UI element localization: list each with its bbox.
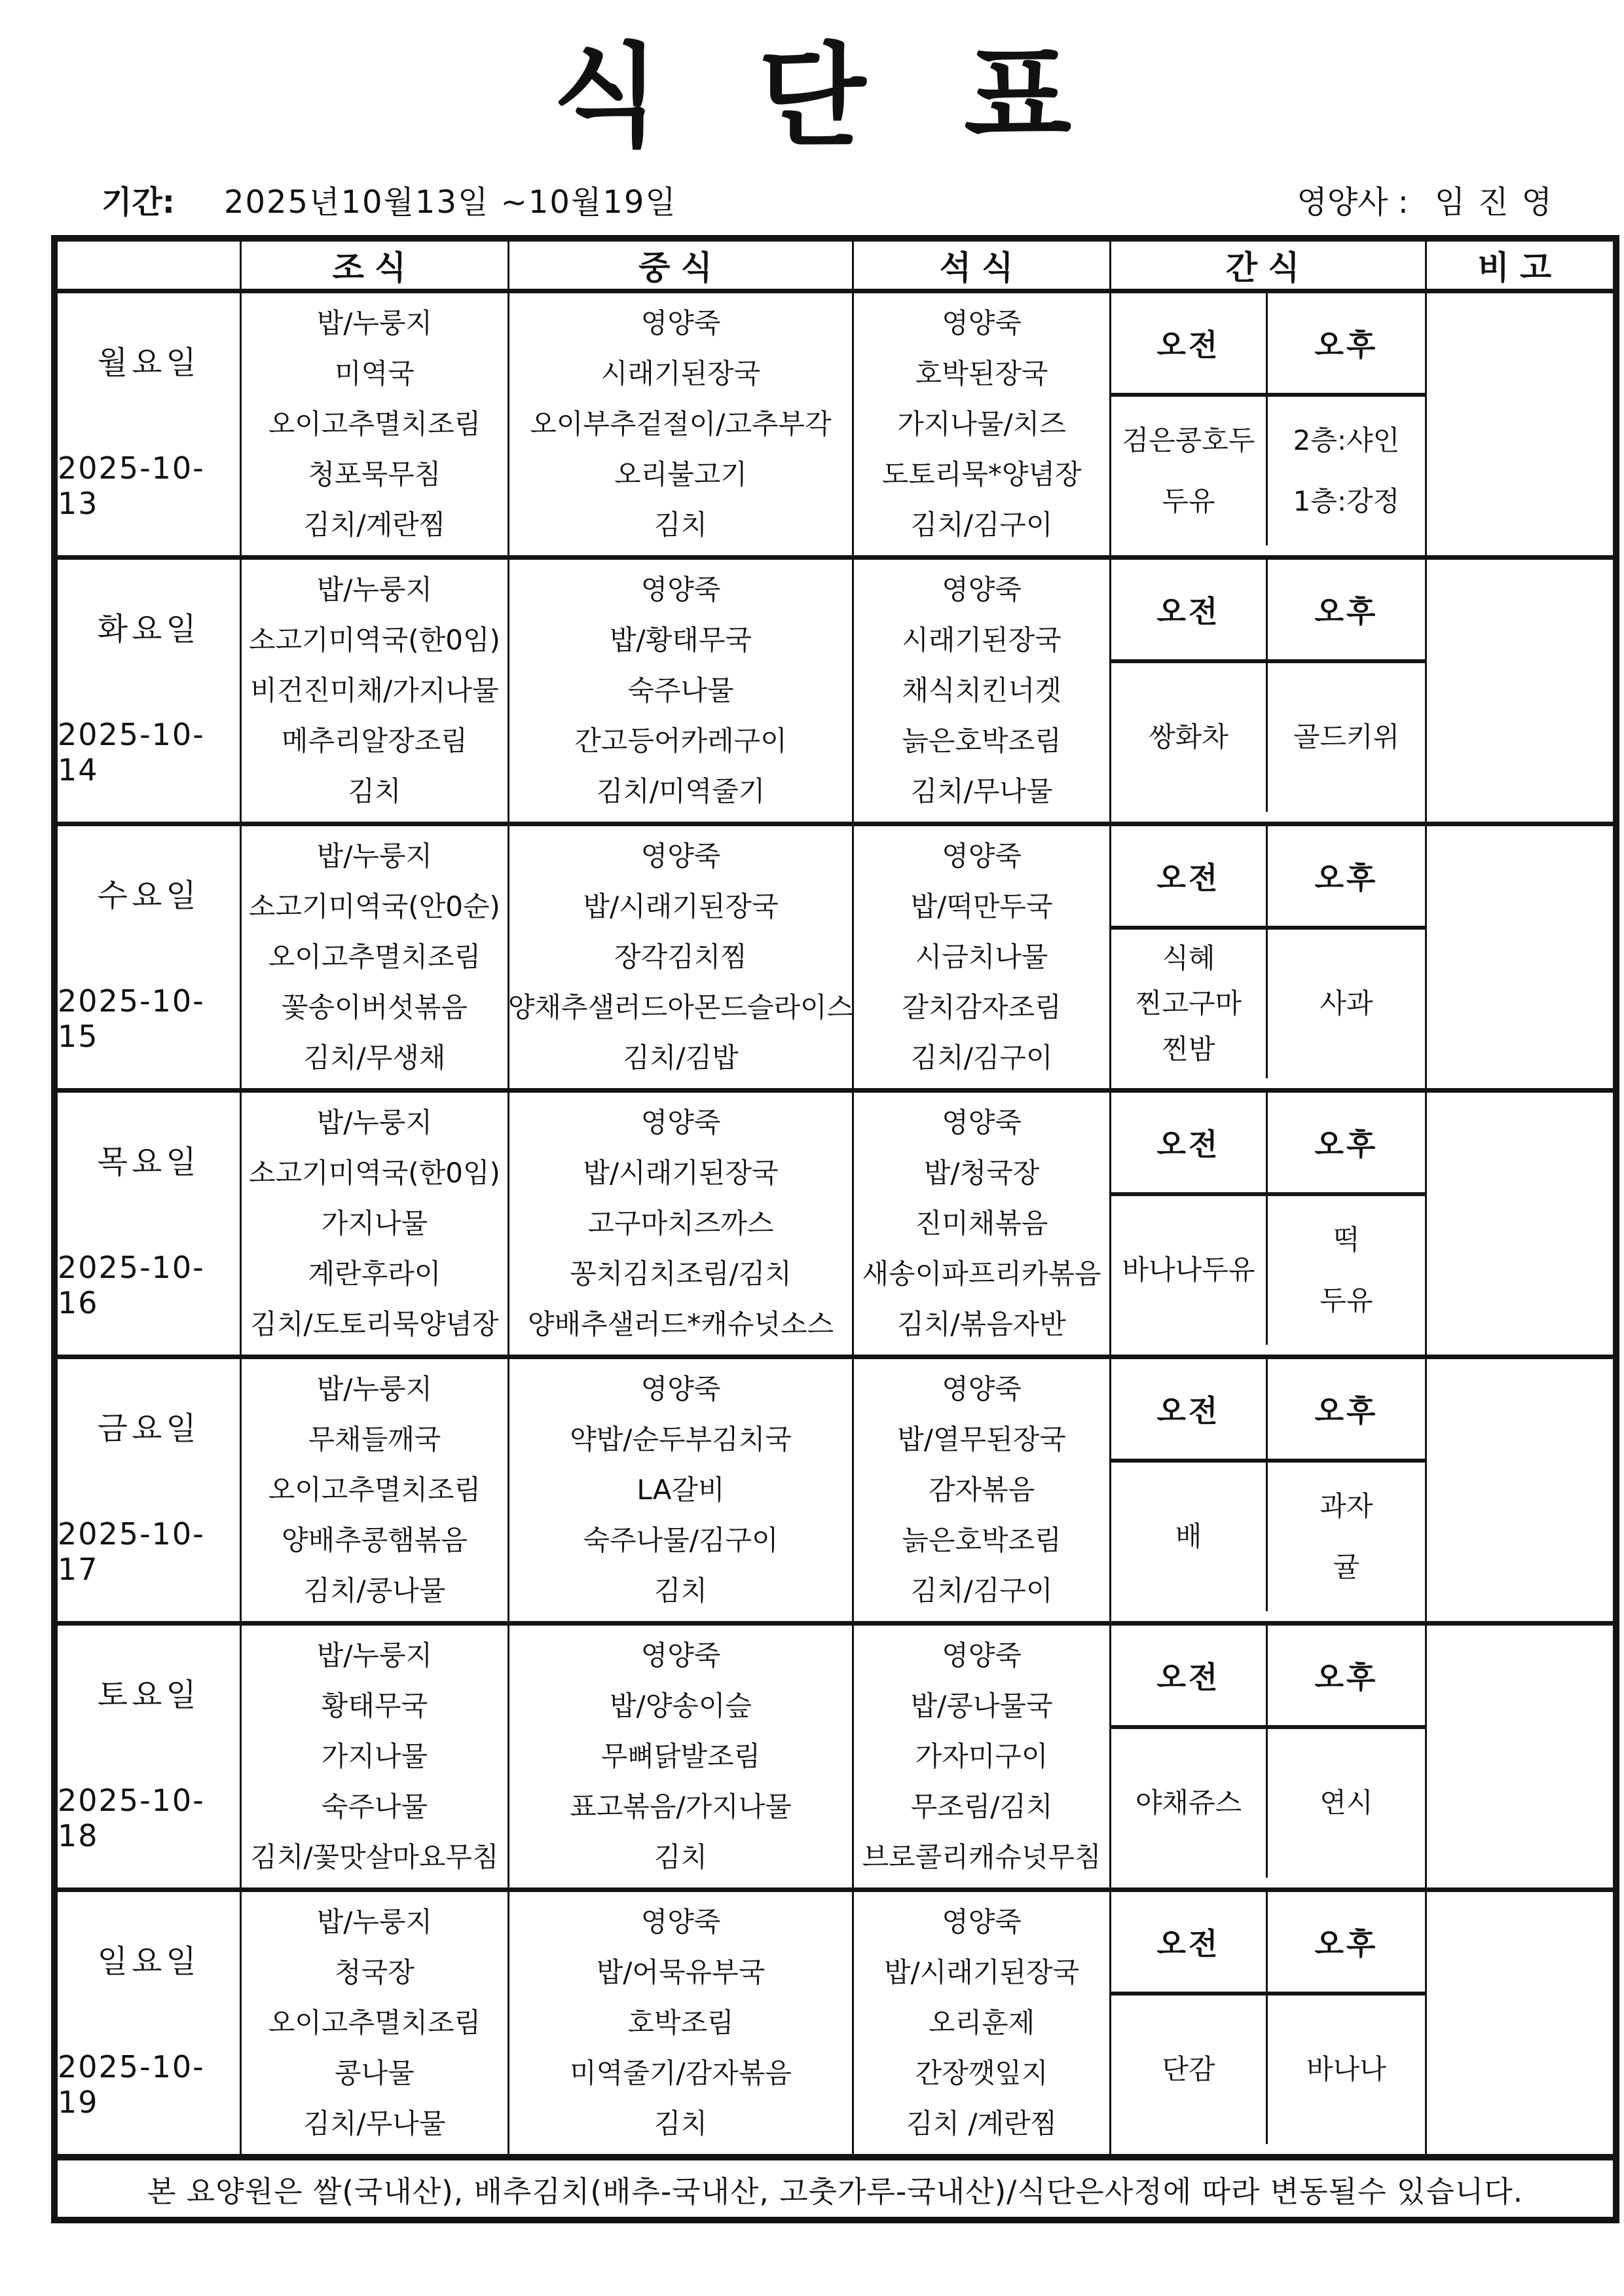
menu-item: 장각김치찜 bbox=[614, 941, 747, 974]
lunch-items: 영양죽밥/황태무국숙주나물간고등어카레구이김치/미역줄기 bbox=[509, 565, 853, 817]
menu-item: 쌍화차 bbox=[1149, 721, 1228, 754]
snack-cell: 오전 오후 바나나두유 떡두유 bbox=[1110, 1091, 1426, 1357]
note-cell bbox=[1426, 824, 1616, 1091]
menu-item: 간장깻잎지 bbox=[915, 2057, 1048, 2090]
menu-item: 찐밤 bbox=[1162, 1033, 1215, 1066]
day-cell-inner: 화요일 2025-10-14 bbox=[58, 560, 240, 822]
day-date: 2025-10-14 bbox=[58, 717, 240, 788]
menu-item: 무뼈닭발조림 bbox=[601, 1740, 760, 1773]
menu-item: 김치/콩나물 bbox=[303, 1575, 445, 1607]
lunch-cell: 영양죽밥/황태무국숙주나물간고등어카레구이김치/미역줄기 bbox=[508, 558, 853, 824]
menu-item: 김치/무나물 bbox=[911, 775, 1053, 808]
day-cell: 월요일 2025-10-13 bbox=[54, 291, 241, 558]
menu-item: 늙은호박조림 bbox=[902, 725, 1061, 757]
table-row: 월요일 2025-10-13 밥/누룽지미역국오이고추멸치조림청포묵무침김치/계… bbox=[54, 291, 1616, 558]
snack-grid: 오전 오후 단감 바나나 bbox=[1111, 1892, 1425, 2144]
dinner-items: 영양죽시래기된장국채식치킨너겟늙은호박조림김치/무나물 bbox=[854, 565, 1109, 817]
breakfast-items: 밥/누룽지무채들깨국오이고추멸치조림양배추콩햄볶음김치/콩나물 bbox=[242, 1364, 507, 1616]
meal-table: 조식 중식 석식 간식 비고 월요일 2025-10-13 밥/누룽지미역국오이… bbox=[51, 235, 1619, 2223]
menu-item: 골드키위 bbox=[1293, 721, 1399, 754]
menu-item: 영양죽 bbox=[641, 1639, 721, 1672]
day-cell-inner: 월요일 2025-10-13 bbox=[58, 293, 240, 555]
note-cell bbox=[1426, 1890, 1616, 2158]
dinner-items: 영양죽밥/열무된장국감자볶음늙은호박조림김치/김구이 bbox=[854, 1364, 1109, 1616]
dinner-cell: 영양죽밥/청국장진미채볶음새송이파프리카볶음김치/볶음자반 bbox=[853, 1091, 1110, 1357]
snack-pm-header: 오후 bbox=[1268, 1626, 1425, 1729]
note-cell bbox=[1426, 291, 1616, 558]
breakfast-cell: 밥/누룽지소고기미역국(안0순)오이고추멸치조림꽃송이버섯볶음김치/무생채 bbox=[241, 824, 508, 1091]
menu-item: 밥/누룽지 bbox=[317, 840, 432, 873]
day-cell: 목요일 2025-10-16 bbox=[54, 1091, 241, 1357]
menu-item: 두유 bbox=[1319, 1285, 1373, 1317]
lunch-cell: 영양죽밥/어묵유부국호박조림미역줄기/감자볶음김치 bbox=[508, 1890, 853, 2158]
snack-pm-items: 바나나 bbox=[1268, 1995, 1425, 2144]
period-value: 2025년10월13일 ~10월19일 bbox=[224, 177, 677, 222]
menu-item: 소고기미역국(한0임) bbox=[249, 624, 500, 657]
menu-item: 늙은호박조림 bbox=[902, 1524, 1061, 1557]
lunch-items: 영양죽시래기된장국오이부추겉절이/고추부각오리불고기김치 bbox=[509, 299, 853, 551]
breakfast-items: 밥/누룽지소고기미역국(한0임)비건진미채/가지나물메추리알장조림김치 bbox=[242, 565, 507, 817]
menu-item: 김치 bbox=[348, 775, 401, 808]
snack-cell: 오전 오후 검은콩호두두유 2층:샤인1층:강정 bbox=[1110, 291, 1426, 558]
menu-item: 밥/황태무국 bbox=[610, 624, 752, 657]
day-cell-inner: 토요일 2025-10-18 bbox=[58, 1626, 240, 1887]
breakfast-items: 밥/누룽지미역국오이고추멸치조림청포묵무침김치/계란찜 bbox=[242, 299, 507, 551]
menu-item: 밥/시래기된장국 bbox=[583, 890, 778, 923]
nutritionist-name: 임진영 bbox=[1435, 177, 1565, 222]
breakfast-items: 밥/누룽지황태무국가지나물숙주나물김치/꽃맛살마요무침 bbox=[242, 1631, 507, 1883]
snack-grid: 오전 오후 야채쥬스 연시 bbox=[1111, 1626, 1425, 1878]
snack-am-items: 바나나두유 bbox=[1111, 1196, 1268, 1345]
menu-item: 바나나 bbox=[1306, 2053, 1386, 2086]
snack-pm-items: 떡두유 bbox=[1268, 1196, 1425, 1345]
menu-item: 영양죽 bbox=[641, 1373, 721, 1406]
menu-item: 사과 bbox=[1319, 987, 1373, 1020]
dinner-items: 영양죽밥/콩나물국가자미구이무조림/김치브로콜리캐슈넛무침 bbox=[854, 1631, 1109, 1883]
menu-item: 검은콩호두 bbox=[1122, 424, 1255, 457]
snack-grid: 오전 오후 배 과자귤 bbox=[1111, 1359, 1425, 1611]
snack-pm-items: 과자귤 bbox=[1268, 1463, 1425, 1611]
menu-item: 숙주나물 bbox=[322, 1791, 428, 1823]
menu-item: 김치/김구이 bbox=[911, 509, 1053, 541]
menu-item: 두유 bbox=[1162, 485, 1215, 518]
menu-item: 영양죽 bbox=[641, 840, 721, 873]
lunch-cell: 영양죽밥/시래기된장국고구마치즈까스꽁치김치조림/김치양배추샐러드*캐슈넛소스 bbox=[508, 1091, 853, 1357]
day-date: 2025-10-16 bbox=[58, 1250, 240, 1321]
dinner-cell: 영양죽밥/시래기된장국오리훈제간장깻잎지김치 /계란찜 bbox=[853, 1890, 1110, 2158]
menu-item: 김치 bbox=[654, 1575, 707, 1607]
lunch-items: 영양죽밥/양송이슾무뼈닭발조림표고볶음/가지나물김치 bbox=[509, 1631, 853, 1883]
menu-item: 영양죽 bbox=[942, 1373, 1022, 1406]
menu-item: 2층:샤인 bbox=[1293, 424, 1400, 457]
day-cell: 수요일 2025-10-15 bbox=[54, 824, 241, 1091]
table-row: 일요일 2025-10-19 밥/누룽지청국장오이고추멸치조림콩나물김치/무나물… bbox=[54, 1890, 1616, 2158]
menu-item: 밥/시래기된장국 bbox=[583, 1157, 778, 1190]
snack-cell: 오전 오후 야채쥬스 연시 bbox=[1110, 1624, 1426, 1890]
menu-item: 밥/누룽지 bbox=[317, 574, 432, 606]
menu-item: 영양죽 bbox=[641, 307, 721, 340]
day-cell: 일요일 2025-10-19 bbox=[54, 1890, 241, 2158]
menu-item: 김치/도토리묵양념장 bbox=[250, 1308, 498, 1341]
menu-item: 김치 bbox=[654, 1841, 707, 1874]
menu-item: 가지나물 bbox=[322, 1207, 428, 1240]
menu-item: 메추리알장조림 bbox=[282, 725, 468, 757]
snack-am-header: 오전 bbox=[1111, 826, 1268, 930]
day-cell-inner: 일요일 2025-10-19 bbox=[58, 1892, 240, 2154]
footer-row: 본 요양원은 쌀(국내산), 배추김치(배추-국내산, 고춧가루-국내산)/식단… bbox=[54, 2157, 1616, 2220]
snack-grid: 오전 오후 검은콩호두두유 2층:샤인1층:강정 bbox=[1111, 293, 1425, 545]
day-cell: 토요일 2025-10-18 bbox=[54, 1624, 241, 1890]
menu-item: 밥/누룽지 bbox=[317, 1639, 432, 1672]
snack-cell: 오전 오후 배 과자귤 bbox=[1110, 1357, 1426, 1624]
note-cell bbox=[1426, 558, 1616, 824]
dinner-column-header: 석식 bbox=[853, 238, 1110, 291]
menu-item: 영양죽 bbox=[641, 1906, 721, 1939]
nutritionist: 영양사 : 임진영 bbox=[1297, 177, 1565, 222]
day-date: 2025-10-19 bbox=[58, 2049, 240, 2120]
menu-item: 청포묵무침 bbox=[308, 458, 441, 491]
period-label: 기간: bbox=[101, 177, 175, 222]
breakfast-cell: 밥/누룽지소고기미역국(한0임)가지나물계란후라이김치/도토리묵양념장 bbox=[241, 1091, 508, 1357]
menu-item: 영양죽 bbox=[942, 307, 1022, 340]
menu-item: 김치/김구이 bbox=[911, 1042, 1053, 1074]
breakfast-column-header: 조식 bbox=[241, 238, 508, 291]
day-name: 목요일 bbox=[98, 1137, 200, 1182]
menu-item: 영양죽 bbox=[641, 1106, 721, 1139]
meta-row: 기간: 2025년10월13일 ~10월19일 영양사 : 임진영 bbox=[101, 177, 1565, 222]
table-row: 수요일 2025-10-15 밥/누룽지소고기미역국(안0순)오이고추멸치조림꽃… bbox=[54, 824, 1616, 1091]
menu-item: 오이부추겉절이/고추부각 bbox=[530, 408, 831, 441]
menu-item: 비건진미채/가지나물 bbox=[250, 674, 498, 707]
menu-item: 오이고추멸치조림 bbox=[268, 941, 481, 974]
menu-item: 시래기된장국 bbox=[601, 357, 760, 390]
note-column-header: 비고 bbox=[1426, 238, 1616, 291]
dinner-cell: 영양죽호박된장국가지나물/치즈도토리묵*양념장김치/김구이 bbox=[853, 291, 1110, 558]
menu-item: 새송이파프리카볶음 bbox=[862, 1258, 1101, 1290]
snack-am-header: 오전 bbox=[1111, 560, 1268, 663]
menu-item: 콩나물 bbox=[335, 2057, 415, 2090]
day-cell: 화요일 2025-10-14 bbox=[54, 558, 241, 824]
menu-item: 가자미구이 bbox=[915, 1740, 1048, 1773]
dinner-items: 영양죽호박된장국가지나물/치즈도토리묵*양념장김치/김구이 bbox=[854, 299, 1109, 551]
snack-am-header: 오전 bbox=[1111, 1359, 1268, 1463]
menu-item: 청국장 bbox=[335, 1956, 415, 1989]
menu-item: 진미채볶음 bbox=[915, 1207, 1048, 1240]
day-name: 화요일 bbox=[98, 604, 200, 649]
dinner-items: 영양죽밥/시래기된장국오리훈제간장깻잎지김치 /계란찜 bbox=[854, 1897, 1109, 2149]
table-row: 화요일 2025-10-14 밥/누룽지소고기미역국(한0임)비건진미채/가지나… bbox=[54, 558, 1616, 824]
menu-item: 밥/어묵유부국 bbox=[597, 1956, 766, 1989]
nutritionist-label: 영양사 : bbox=[1297, 177, 1409, 222]
menu-item: 식혜 bbox=[1162, 942, 1215, 975]
snack-am-items: 검은콩호두두유 bbox=[1111, 397, 1268, 545]
table-row: 목요일 2025-10-16 밥/누룽지소고기미역국(한0임)가지나물계란후라이… bbox=[54, 1091, 1616, 1357]
breakfast-items: 밥/누룽지소고기미역국(한0임)가지나물계란후라이김치/도토리묵양념장 bbox=[242, 1098, 507, 1350]
menu-item: 밥/누룽지 bbox=[317, 1106, 432, 1139]
menu-item: 김치/볶음자반 bbox=[897, 1308, 1066, 1341]
snack-pm-header: 오후 bbox=[1268, 826, 1425, 930]
lunch-column-header: 중식 bbox=[508, 238, 853, 291]
menu-item: 바나나두유 bbox=[1122, 1254, 1255, 1286]
snack-cell: 오전 오후 단감 바나나 bbox=[1110, 1890, 1426, 2158]
dinner-items: 영양죽밥/청국장진미채볶음새송이파프리카볶음김치/볶음자반 bbox=[854, 1098, 1109, 1350]
menu-item: 떡 bbox=[1333, 1224, 1360, 1256]
menu-item: 김치/무나물 bbox=[303, 2107, 445, 2140]
menu-item: 호박조림 bbox=[627, 2007, 733, 2039]
menu-item: 숙주나물/김구이 bbox=[583, 1524, 778, 1557]
menu-item: 오이고추멸치조림 bbox=[268, 1474, 481, 1506]
menu-item: 고구마치즈까스 bbox=[587, 1207, 773, 1240]
menu-item: 오리훈제 bbox=[929, 2007, 1035, 2039]
menu-item: 미역국 bbox=[335, 357, 415, 390]
day-name: 월요일 bbox=[98, 337, 200, 382]
snack-am-items: 쌍화차 bbox=[1111, 663, 1268, 812]
snack-pm-header: 오후 bbox=[1268, 1093, 1425, 1196]
snack-cell: 오전 오후 쌍화차 골드키위 bbox=[1110, 558, 1426, 824]
menu-item: 밥/누룽지 bbox=[317, 1373, 432, 1406]
snack-am-header: 오전 bbox=[1111, 1626, 1268, 1729]
breakfast-items: 밥/누룽지청국장오이고추멸치조림콩나물김치/무나물 bbox=[242, 1897, 507, 2149]
menu-item: 간고등어카레구이 bbox=[574, 725, 787, 757]
snack-grid: 오전 오후 바나나두유 떡두유 bbox=[1111, 1093, 1425, 1345]
menu-item: 꽁치김치조림/김치 bbox=[570, 1258, 792, 1290]
menu-item: 미역줄기/감자볶음 bbox=[570, 2057, 792, 2090]
dinner-cell: 영양죽밥/콩나물국가자미구이무조림/김치브로콜리캐슈넛무침 bbox=[853, 1624, 1110, 1890]
day-name: 토요일 bbox=[98, 1669, 200, 1715]
snack-am-items: 배 bbox=[1111, 1463, 1268, 1611]
day-name: 수요일 bbox=[98, 870, 200, 915]
menu-item: 밥/청국장 bbox=[924, 1157, 1039, 1190]
meal-plan-scan: { "title": "식단표", "period_label": "기간:",… bbox=[0, 0, 1624, 2296]
menu-item: 김치/꽃맛살마요무침 bbox=[250, 1841, 498, 1874]
lunch-cell: 영양죽약밥/순두부김치국LA갈비숙주나물/김구이김치 bbox=[508, 1357, 853, 1624]
menu-item: 밥/떡만두국 bbox=[911, 890, 1053, 923]
snack-column-header: 간식 bbox=[1110, 238, 1426, 291]
table-header: 조식 중식 석식 간식 비고 bbox=[54, 238, 1616, 291]
menu-item: 1층:강정 bbox=[1293, 485, 1400, 518]
day-cell: 금요일 2025-10-17 bbox=[54, 1357, 241, 1624]
menu-item: 황태무국 bbox=[322, 1690, 428, 1722]
menu-item: 귤 bbox=[1333, 1551, 1360, 1584]
menu-item: 꽃송이버섯볶음 bbox=[282, 991, 468, 1024]
menu-item: 가지나물 bbox=[322, 1740, 428, 1773]
breakfast-cell: 밥/누룽지무채들깨국오이고추멸치조림양배추콩햄볶음김치/콩나물 bbox=[241, 1357, 508, 1624]
menu-item: 영양죽 bbox=[942, 574, 1022, 606]
snack-pm-items: 연시 bbox=[1268, 1729, 1425, 1878]
note-cell bbox=[1426, 1357, 1616, 1624]
header-row: 조식 중식 석식 간식 비고 bbox=[54, 238, 1616, 291]
menu-item: 김치/무생채 bbox=[303, 1042, 445, 1074]
snack-cell: 오전 오후 식혜찐고구마찐밤 사과 bbox=[1110, 824, 1426, 1091]
snack-pm-header: 오후 bbox=[1268, 293, 1425, 397]
menu-item: 양채추샐러드아몬드슬라이스 bbox=[508, 991, 853, 1024]
snack-am-header: 오전 bbox=[1111, 293, 1268, 397]
menu-item: 가지나물/치즈 bbox=[897, 408, 1066, 441]
menu-item: 숙주나물 bbox=[627, 674, 733, 707]
menu-item: 야채쥬스 bbox=[1135, 1787, 1242, 1819]
menu-item: 양배추콩햄볶음 bbox=[282, 1524, 468, 1557]
snack-pm-items: 골드키위 bbox=[1268, 663, 1425, 812]
page-title: 식단표 bbox=[0, 0, 1624, 158]
menu-item: 단감 bbox=[1162, 2053, 1215, 2086]
breakfast-cell: 밥/누룽지미역국오이고추멸치조림청포묵무침김치/계란찜 bbox=[241, 291, 508, 558]
breakfast-cell: 밥/누룽지황태무국가지나물숙주나물김치/꽃맛살마요무침 bbox=[241, 1624, 508, 1890]
day-date: 2025-10-18 bbox=[58, 1783, 240, 1853]
menu-item: 밥/누룽지 bbox=[317, 307, 432, 340]
menu-item: 김치 bbox=[654, 509, 707, 541]
menu-item: 소고기미역국(한0임) bbox=[249, 1157, 500, 1190]
menu-item: 시금치나물 bbox=[915, 941, 1048, 974]
dinner-cell: 영양죽시래기된장국채식치킨너겟늙은호박조림김치/무나물 bbox=[853, 558, 1110, 824]
period: 기간: 2025년10월13일 ~10월19일 bbox=[101, 177, 677, 222]
lunch-items: 영양죽약밥/순두부김치국LA갈비숙주나물/김구이김치 bbox=[509, 1364, 853, 1616]
menu-item: 감자볶음 bbox=[929, 1474, 1035, 1506]
menu-item: 채식치킨너겟 bbox=[902, 674, 1061, 707]
table-row: 토요일 2025-10-18 밥/누룽지황태무국가지나물숙주나물김치/꽃맛살마요… bbox=[54, 1624, 1616, 1890]
footer-note: 본 요양원은 쌀(국내산), 배추김치(배추-국내산, 고춧가루-국내산)/식단… bbox=[54, 2157, 1616, 2220]
lunch-items: 영양죽밥/시래기된장국고구마치즈까스꽁치김치조림/김치양배추샐러드*캐슈넛소스 bbox=[509, 1098, 853, 1350]
menu-item: 찐고구마 bbox=[1135, 987, 1242, 1020]
menu-item: 김치/김구이 bbox=[911, 1575, 1053, 1607]
menu-item: LA갈비 bbox=[637, 1474, 724, 1506]
day-date: 2025-10-17 bbox=[58, 1516, 240, 1587]
menu-item: 갈치감자조림 bbox=[902, 991, 1061, 1024]
menu-item: 오리불고기 bbox=[614, 458, 747, 491]
lunch-items: 영양죽밥/시래기된장국장각김치찜양채추샐러드아몬드슬라이스김치/김밥 bbox=[509, 831, 853, 1084]
snack-grid: 오전 오후 쌍화차 골드키위 bbox=[1111, 560, 1425, 812]
menu-item: 무채들깨국 bbox=[308, 1423, 441, 1456]
menu-item: 밥/열무된장국 bbox=[897, 1423, 1066, 1456]
menu-item: 표고볶음/가지나물 bbox=[570, 1791, 792, 1823]
snack-am-header: 오전 bbox=[1111, 1093, 1268, 1196]
snack-am-items: 야채쥬스 bbox=[1111, 1729, 1268, 1878]
menu-item: 양배추샐러드*캐슈넛소스 bbox=[528, 1308, 834, 1341]
menu-item: 소고기미역국(안0순) bbox=[249, 890, 500, 923]
day-cell-inner: 수요일 2025-10-15 bbox=[58, 826, 240, 1088]
day-name: 일요일 bbox=[98, 1936, 200, 1981]
snack-grid: 오전 오후 식혜찐고구마찐밤 사과 bbox=[1111, 826, 1425, 1078]
snack-pm-header: 오후 bbox=[1268, 1359, 1425, 1463]
menu-item: 영양죽 bbox=[641, 574, 721, 606]
snack-pm-header: 오후 bbox=[1268, 1892, 1425, 1995]
menu-item: 연시 bbox=[1319, 1787, 1373, 1819]
day-cell-inner: 금요일 2025-10-17 bbox=[58, 1359, 240, 1621]
menu-item: 김치/계란찜 bbox=[303, 509, 445, 541]
table-body: 월요일 2025-10-13 밥/누룽지미역국오이고추멸치조림청포묵무침김치/계… bbox=[54, 291, 1616, 2158]
menu-item: 오이고추멸치조림 bbox=[268, 408, 481, 441]
day-name: 금요일 bbox=[98, 1403, 200, 1448]
snack-am-items: 단감 bbox=[1111, 1995, 1268, 2144]
dinner-cell: 영양죽밥/떡만두국시금치나물갈치감자조림김치/김구이 bbox=[853, 824, 1110, 1091]
menu-item: 시래기된장국 bbox=[902, 624, 1061, 657]
menu-item: 영양죽 bbox=[942, 1106, 1022, 1139]
lunch-cell: 영양죽시래기된장국오이부추겉절이/고추부각오리불고기김치 bbox=[508, 291, 853, 558]
day-date: 2025-10-13 bbox=[58, 450, 240, 521]
menu-item: 밥/양송이슾 bbox=[610, 1690, 752, 1722]
menu-item: 과자 bbox=[1319, 1490, 1373, 1523]
menu-item: 약밥/순두부김치국 bbox=[570, 1423, 792, 1456]
menu-item: 밥/시래기된장국 bbox=[884, 1956, 1079, 1989]
menu-item: 계란후라이 bbox=[308, 1258, 441, 1290]
note-cell bbox=[1426, 1624, 1616, 1890]
menu-item: 도토리묵*양념장 bbox=[882, 458, 1082, 491]
day-date: 2025-10-15 bbox=[58, 983, 240, 1054]
note-cell bbox=[1426, 1091, 1616, 1357]
menu-item: 김치 bbox=[654, 2107, 707, 2140]
table-footer: 본 요양원은 쌀(국내산), 배추김치(배추-국내산, 고춧가루-국내산)/식단… bbox=[54, 2157, 1616, 2220]
menu-item: 밥/콩나물국 bbox=[911, 1690, 1053, 1722]
day-cell-inner: 목요일 2025-10-16 bbox=[58, 1093, 240, 1355]
menu-item: 영양죽 bbox=[942, 1906, 1022, 1939]
dinner-items: 영양죽밥/떡만두국시금치나물갈치감자조림김치/김구이 bbox=[854, 831, 1109, 1084]
snack-pm-items: 2층:샤인1층:강정 bbox=[1268, 397, 1425, 545]
menu-item: 오이고추멸치조림 bbox=[268, 2007, 481, 2039]
snack-am-header: 오전 bbox=[1111, 1892, 1268, 1995]
menu-item: 김치 /계란찜 bbox=[906, 2107, 1057, 2140]
menu-item: 김치/김밥 bbox=[623, 1042, 738, 1074]
dinner-cell: 영양죽밥/열무된장국감자볶음늙은호박조림김치/김구이 bbox=[853, 1357, 1110, 1624]
snack-pm-header: 오후 bbox=[1268, 560, 1425, 663]
snack-pm-items: 사과 bbox=[1268, 930, 1425, 1078]
snack-am-items: 식혜찐고구마찐밤 bbox=[1111, 930, 1268, 1078]
breakfast-cell: 밥/누룽지소고기미역국(한0임)비건진미채/가지나물메추리알장조림김치 bbox=[241, 558, 508, 824]
lunch-cell: 영양죽밥/양송이슾무뼈닭발조림표고볶음/가지나물김치 bbox=[508, 1624, 853, 1890]
menu-item: 호박된장국 bbox=[915, 357, 1048, 390]
menu-item: 김치/미역줄기 bbox=[597, 775, 766, 808]
menu-item: 무조림/김치 bbox=[911, 1791, 1053, 1823]
menu-item: 밥/누룽지 bbox=[317, 1906, 432, 1939]
menu-item: 브로콜리캐슈넛무침 bbox=[862, 1841, 1101, 1874]
menu-item: 배 bbox=[1175, 1520, 1202, 1553]
table-row: 금요일 2025-10-17 밥/누룽지무채들깨국오이고추멸치조림양배추콩햄볶음… bbox=[54, 1357, 1616, 1624]
lunch-items: 영양죽밥/어묵유부국호박조림미역줄기/감자볶음김치 bbox=[509, 1897, 853, 2149]
menu-item: 영양죽 bbox=[942, 840, 1022, 873]
lunch-cell: 영양죽밥/시래기된장국장각김치찜양채추샐러드아몬드슬라이스김치/김밥 bbox=[508, 824, 853, 1091]
menu-item: 영양죽 bbox=[942, 1639, 1022, 1672]
day-column-header bbox=[54, 238, 241, 291]
breakfast-items: 밥/누룽지소고기미역국(안0순)오이고추멸치조림꽃송이버섯볶음김치/무생채 bbox=[242, 831, 507, 1084]
breakfast-cell: 밥/누룽지청국장오이고추멸치조림콩나물김치/무나물 bbox=[241, 1890, 508, 2158]
